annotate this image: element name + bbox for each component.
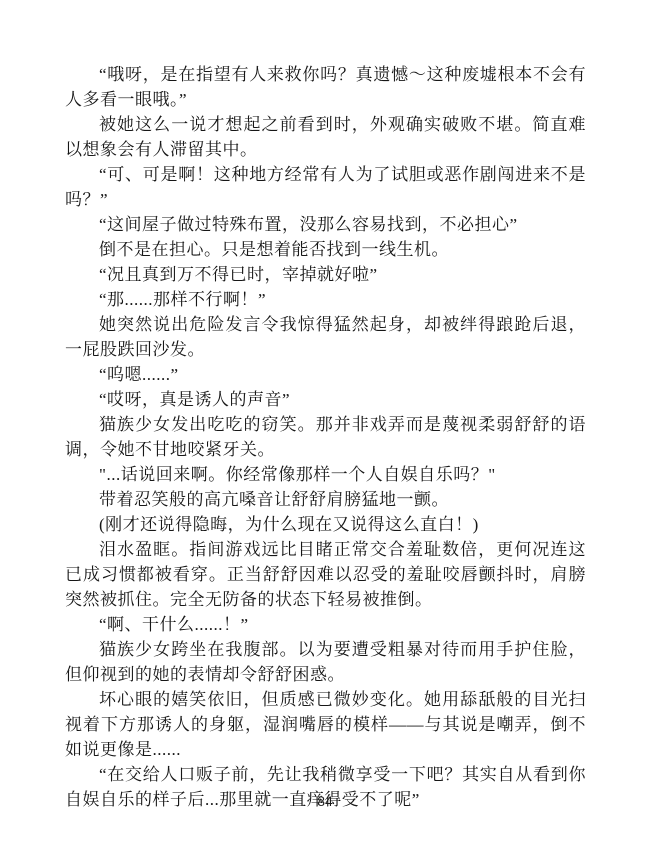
paragraph: 坏心眼的嬉笑依旧，但质感已微妙变化。她用舔舐般的目光扫视着下方那诱人的身躯，湿润… [65,687,586,762]
paragraph: “这间屋子做过特殊布置，没那么容易找到，不必担心” [65,212,586,237]
paragraph: “那......那样不行啊！” [65,287,586,312]
paragraph: 泪水盈眶。指间游戏远比目睹正常交合羞耻数倍，更何况连这已成习惯都被看穿。正当舒舒… [65,537,586,612]
paragraph: “啊、干什么......！” [65,612,586,637]
paragraph: “况且真到万不得已时，宰掉就好啦” [65,262,586,287]
paragraph: “哦呀，是在指望有人来救你吗？真遗憾～这种废墟根本不会有人多看一眼哦。” [65,62,586,112]
paragraph: 猫族少女跨坐在我腹部。以为要遭受粗暴对待而用手护住脸，但仰视到的她的表情却令舒舒… [65,637,586,687]
page-number: 84 [0,793,650,809]
paragraph: “呜嗯......” [65,362,586,387]
paragraph: 被她这么一说才想起之前看到时，外观确实破败不堪。简直难以想象会有人滞留其中。 [65,112,586,162]
paragraph: 带着忍笑般的高亢嗓音让舒舒肩膀猛地一颤。 [65,487,586,512]
paragraph: 她突然说出危险发言令我惊得猛然起身，却被绊得踉跄后退，一屁股跌回沙发。 [65,312,586,362]
paragraph: 倒不是在担心。只是想着能否找到一线生机。 [65,237,586,262]
paragraph: “哎呀，真是诱人的声音” [65,387,586,412]
paragraph: "...话说回来啊。你经常像那样一个人自娱自乐吗？" [65,462,586,487]
body-text: “哦呀，是在指望有人来救你吗？真遗憾～这种废墟根本不会有人多看一眼哦。” 被她这… [65,62,586,812]
paragraph: 猫族少女发出吃吃的窃笑。那并非戏弄而是蔑视柔弱舒舒的语调，令她不甘地咬紧牙关。 [65,412,586,462]
paragraph: (刚才还说得隐晦，为什么现在又说得这么直白！) [65,512,586,537]
document-page: “哦呀，是在指望有人来救你吗？真遗憾～这种废墟根本不会有人多看一眼哦。” 被她这… [0,0,650,850]
paragraph: “可、可是啊！这种地方经常有人为了试胆或恶作剧闯进来不是吗？” [65,162,586,212]
